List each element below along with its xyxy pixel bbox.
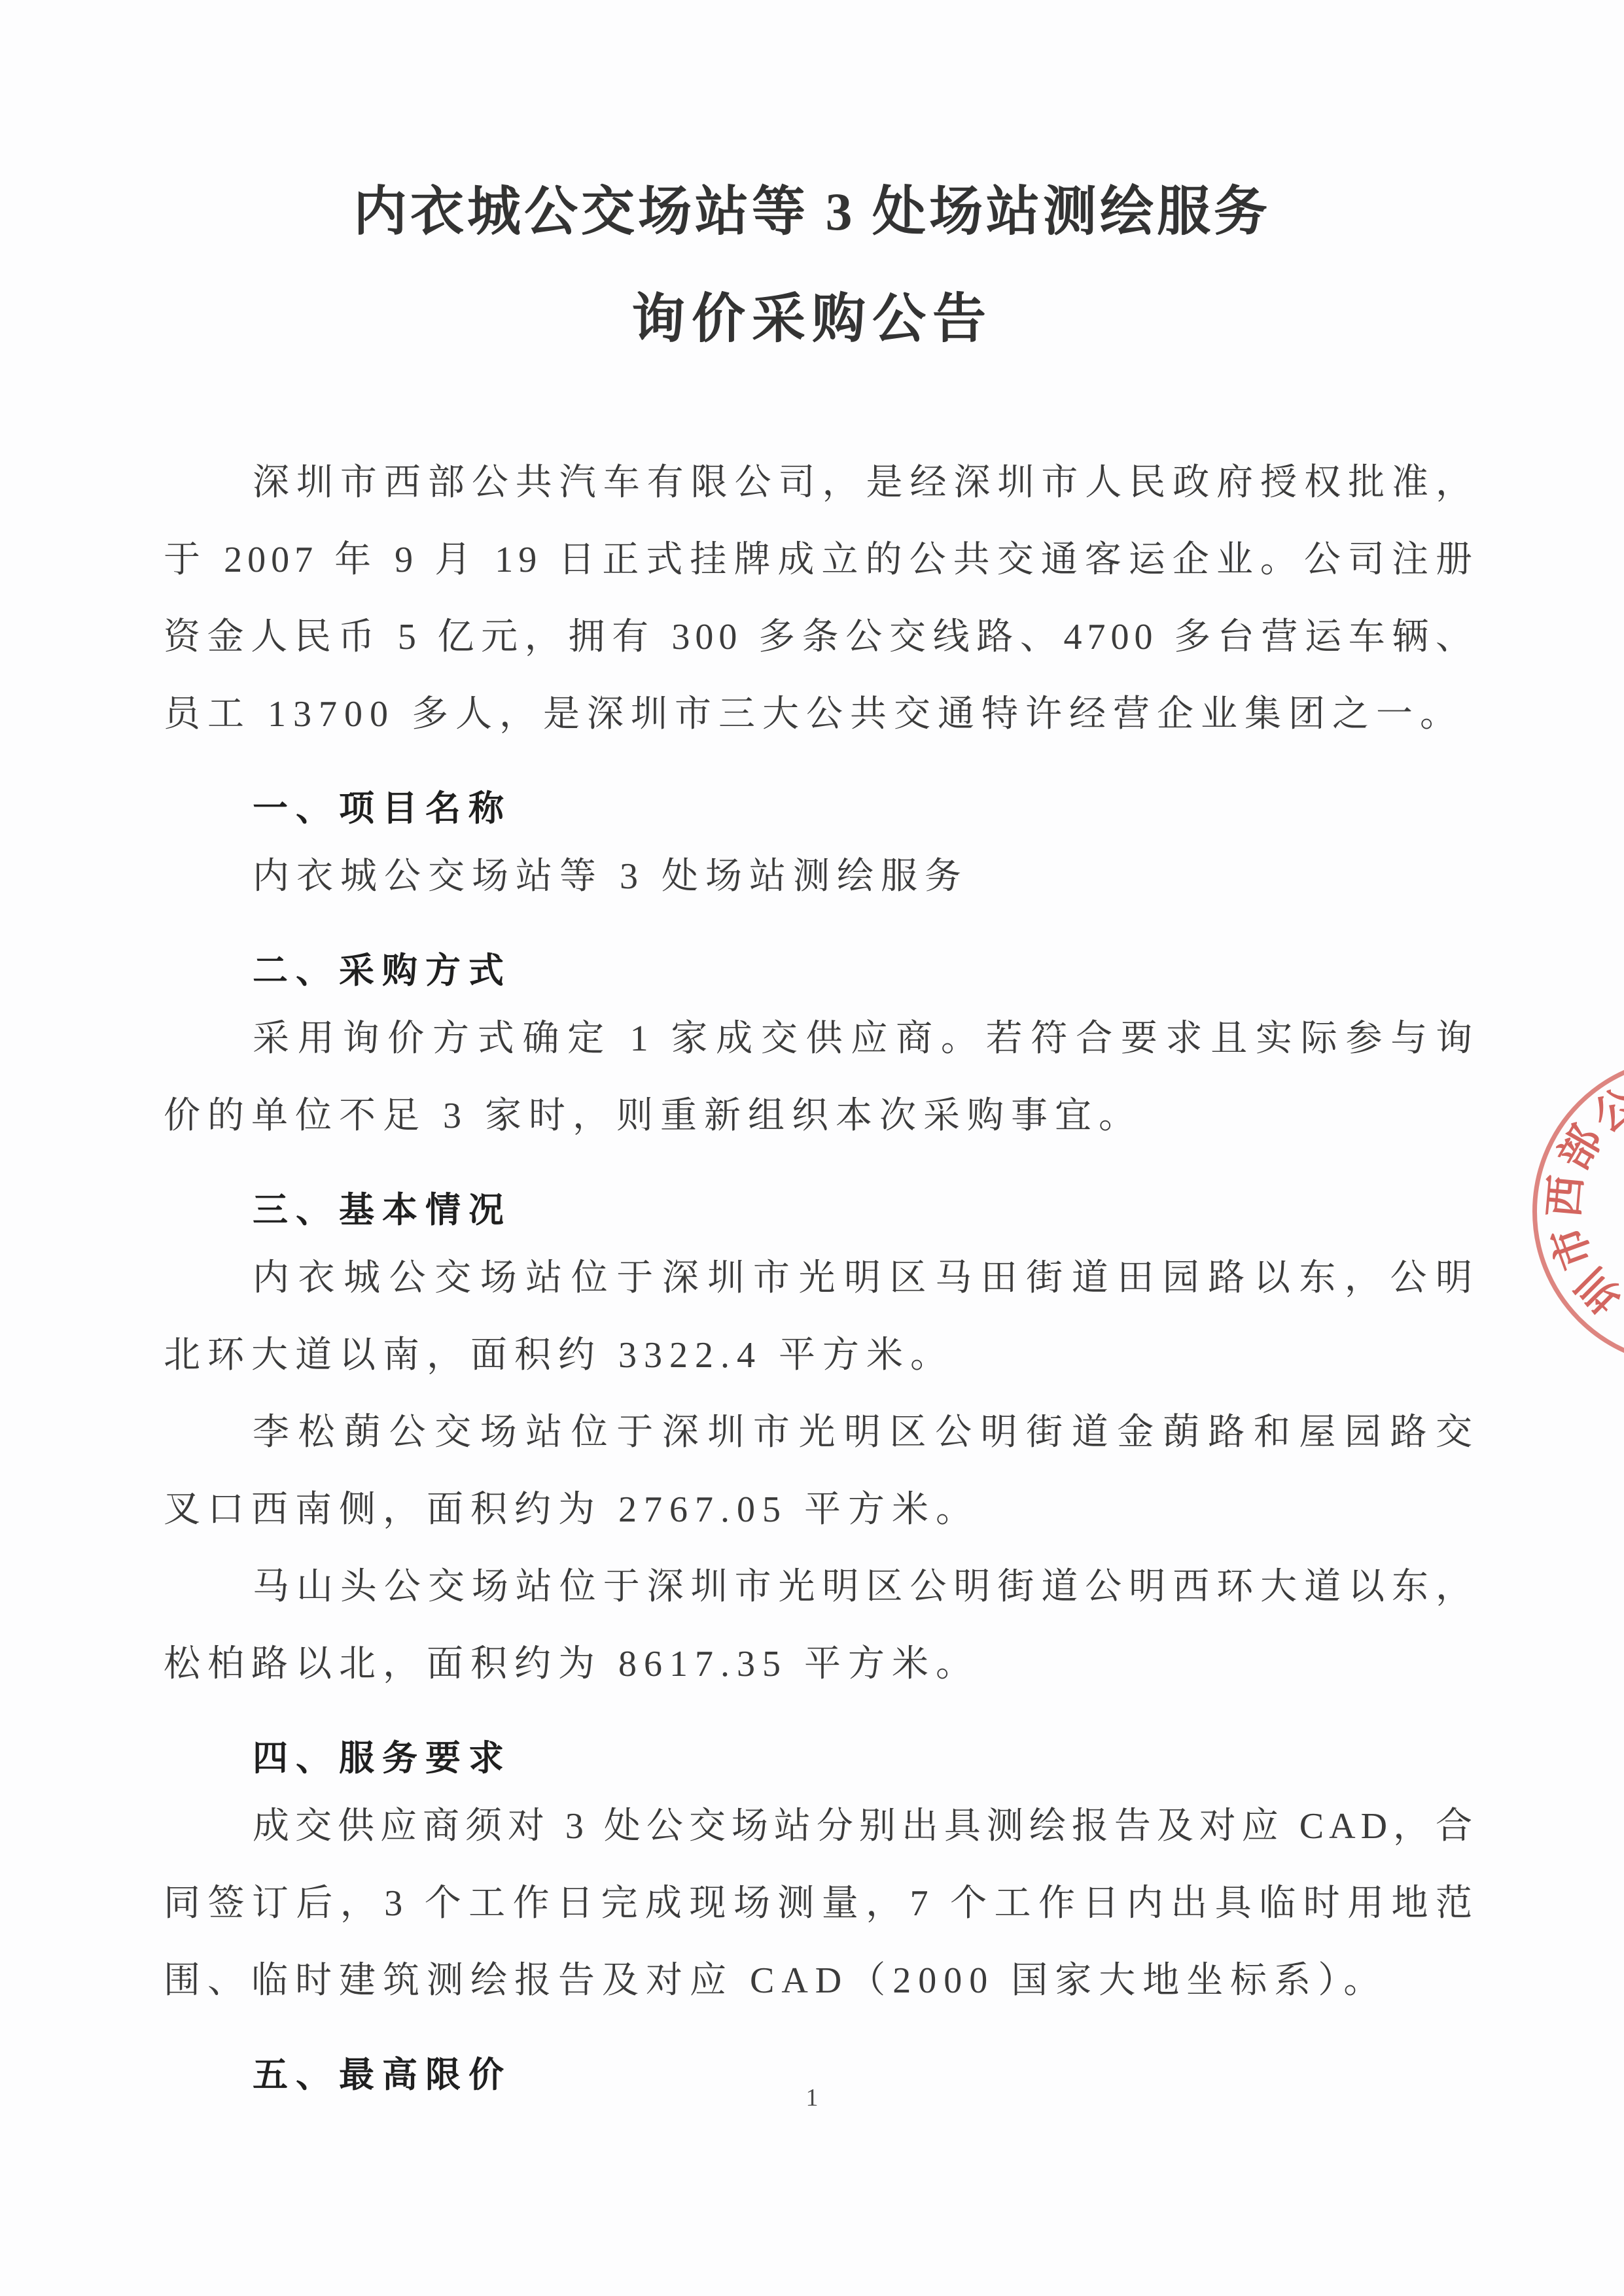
section-heading-1: 一、项目名称 <box>164 770 1477 847</box>
title-line-2: 询价采购公告 <box>0 266 1624 373</box>
section-heading-3: 三、基本情况 <box>164 1172 1477 1249</box>
document-page: 内衣城公交场站等 3 处场站测绘服务 询价采购公告 深圳市西部公共汽车有限公司，… <box>0 0 1624 2296</box>
paragraph-line: 围、临时建筑测绘报告及对应 CAD（2000 国家大地坐标系）。 <box>164 1942 1477 2019</box>
paragraph-line: 深圳市西部公共汽车有限公司，是经深圳市人民政府授权批准， <box>164 444 1477 521</box>
document-body: 深圳市西部公共汽车有限公司，是经深圳市人民政府授权批准， 于 2007 年 9 … <box>164 444 1477 2104</box>
paragraph-line: 北环大道以南，面积约 3322.4 平方米。 <box>164 1317 1477 1394</box>
section-heading-2: 二、采购方式 <box>164 932 1477 1009</box>
paragraph-line: 内衣城公交场站等 3 处场站测绘服务 <box>164 838 1477 915</box>
seal-character: 西 <box>1543 1174 1588 1219</box>
page-number: 1 <box>0 2085 1624 2110</box>
section-heading-4: 四、服务要求 <box>164 1720 1477 1797</box>
paragraph-line: 马山头公交场站位于深圳市光明区公明街道公明西环大道以东， <box>164 1548 1477 1626</box>
paragraph-line: 采用询价方式确定 1 家成交供应商。若符合要求且实际参与询 <box>164 1000 1477 1077</box>
paragraph-line: 成交供应商须对 3 处公交场站分别出具测绘报告及对应 CAD，合 <box>164 1788 1477 1865</box>
paragraph-line: 于 2007 年 9 月 19 日正式挂牌成立的公共交通客运企业。公司注册 <box>164 521 1477 599</box>
paragraph-line: 同签订后，3 个工作日完成现场测量，7 个工作日内出具临时用地范 <box>164 1865 1477 1942</box>
document-title: 内衣城公交场站等 3 处场站测绘服务 询价采购公告 <box>0 158 1624 373</box>
paragraph-line: 员工 13700 多人，是深圳市三大公共交通特许经营企业集团之一。 <box>164 676 1477 753</box>
paragraph-line: 内衣城公交场站位于深圳市光明区马田街道田园路以东，公明 <box>164 1240 1477 1317</box>
paragraph-line: 松柏路以北，面积约为 8617.35 平方米。 <box>164 1626 1477 1703</box>
title-line-1: 内衣城公交场站等 3 处场站测绘服务 <box>0 158 1624 266</box>
paragraph-line: 资金人民币 5 亿元，拥有 300 多条公交线路、4700 多台营运车辆、 <box>164 599 1477 676</box>
paragraph-line: 李松蓢公交场站位于深圳市光明区公明街道金蓢路和屋园路交 <box>164 1394 1477 1471</box>
paragraph-line: 叉口西南侧，面积约为 2767.05 平方米。 <box>164 1471 1477 1548</box>
paragraph-line: 价的单位不足 3 家时，则重新组织本次采购事宜。 <box>164 1077 1477 1155</box>
